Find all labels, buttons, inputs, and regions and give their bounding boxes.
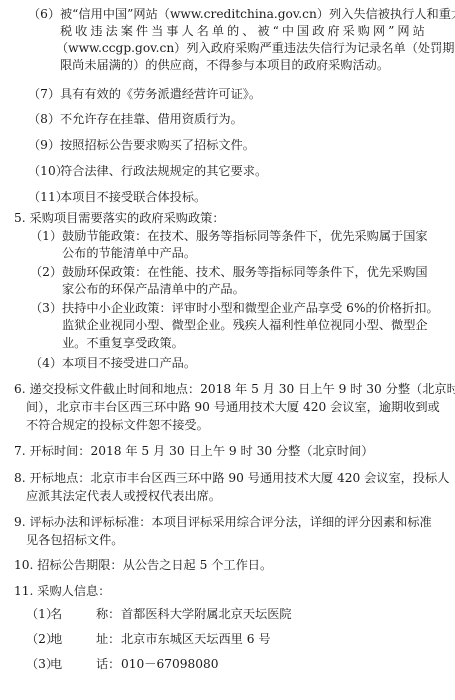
section-9-line: 见各包招标文件。 — [26, 532, 124, 549]
item-text-line: 本项目不接受联合体投标。 — [60, 189, 206, 206]
item-text-line: 业。不重复享受政策。 — [62, 335, 184, 352]
item-label: （7） — [28, 86, 60, 103]
item-label: （1） — [30, 228, 62, 245]
section-6-line: 间），北京市丰台区西三环中路 90 号通用技术大厦 420 会议室，逾期收到或 — [26, 399, 412, 416]
item-text-line: 不允许存在挂靠、借用资质行为。 — [60, 111, 243, 128]
item-text-line: 公布的节能清单中产品。 — [62, 245, 196, 262]
item-label: （2） — [30, 264, 62, 281]
item-text-line: （www.ccgp.gov.cn）列入政府采购严重违法失信行为记录名单（处罚期 — [56, 40, 416, 57]
field-key: 名 — [50, 606, 62, 623]
item-text-line: 鼓励环保政策：在性能、技术、服务等指标同等条件下，优先采购国 — [62, 264, 412, 281]
item-text-line: 按照招标公告要求购买了招标文件。 — [60, 137, 255, 154]
item-text-line: 被“信用中国”网站（www.creditchina.gov.cn）列入失信被执行… — [60, 6, 416, 23]
item-text-line: 家公布的环保产品清单中的产品。 — [62, 281, 245, 298]
section-heading: 5. 采购项目需要落实的政府采购政策： — [14, 210, 225, 227]
item-text-line: 鼓励节能政策：在技术、服务等指标同等条件下，优先采购属于国家 — [62, 228, 412, 245]
field-key: 电 — [50, 656, 62, 673]
item-label: （4） — [30, 355, 62, 372]
item-text-line: 本项目不接受进口产品。 — [62, 355, 196, 372]
item-label: （3） — [30, 300, 62, 317]
item-text-line: 具有有效的《劳务派遣经营许可证》。 — [60, 86, 261, 103]
section-8-line: 8. 开标地点：北京市丰台区西三环中路 90 号通用技术大厦 420 会议室，投… — [14, 470, 412, 487]
field-key: 话： — [96, 656, 120, 673]
section-10-line: 10. 招标公告期限：从公告之日起 5 个工作日。 — [14, 557, 272, 574]
item-text-line: 限尚未届满的）的供应商，不得参与本项目的政府采购活动。 — [60, 57, 389, 74]
section-9-line: 9. 评标办法和评标标准：本项目评标采用综合评分法，详细的评分因素和标准 — [14, 514, 412, 531]
section-heading: 11. 采购人信息： — [14, 583, 110, 600]
item-text-line: 扶持中小企业政策：评审时小型和微型企业产品享受 6%的价格折扣。 — [62, 300, 412, 317]
item-text-line: 符合法律、行政法规规定的其它要求。 — [60, 163, 267, 180]
field-key: 称： — [96, 606, 120, 623]
item-text-line: 监狱企业视同小型、微型企业。残疾人福利性单位视同小型、微型企 — [62, 317, 412, 334]
field-key: 地 — [50, 631, 62, 648]
section-6-line: 不符合规定的投标文件恕不接受。 — [26, 417, 209, 434]
field-value: 010－67098080 — [121, 656, 218, 673]
field-value: 首都医科大学附属北京天坛医院 — [121, 606, 292, 623]
item-label: （6） — [28, 6, 60, 23]
section-6-line: 6. 递交投标文件截止时间和地点：2018 年 5 月 30 日上午 9 时 3… — [14, 381, 412, 398]
field-key: 址： — [96, 631, 120, 648]
field-value: 北京市东城区天坛西里 6 号 — [121, 631, 271, 648]
section-7-line: 7. 开标时间：2018 年 5 月 30 日上午 9 时 30 分整（北京时间… — [14, 443, 373, 460]
item-label: （9） — [28, 137, 60, 154]
section-8-line: 应派其法定代表人或授权代表出席。 — [26, 488, 221, 505]
item-text-line: 税收违法案件当事人名单的、被“中国政府采购网”网站 — [60, 23, 416, 40]
item-label: （8） — [28, 111, 60, 128]
